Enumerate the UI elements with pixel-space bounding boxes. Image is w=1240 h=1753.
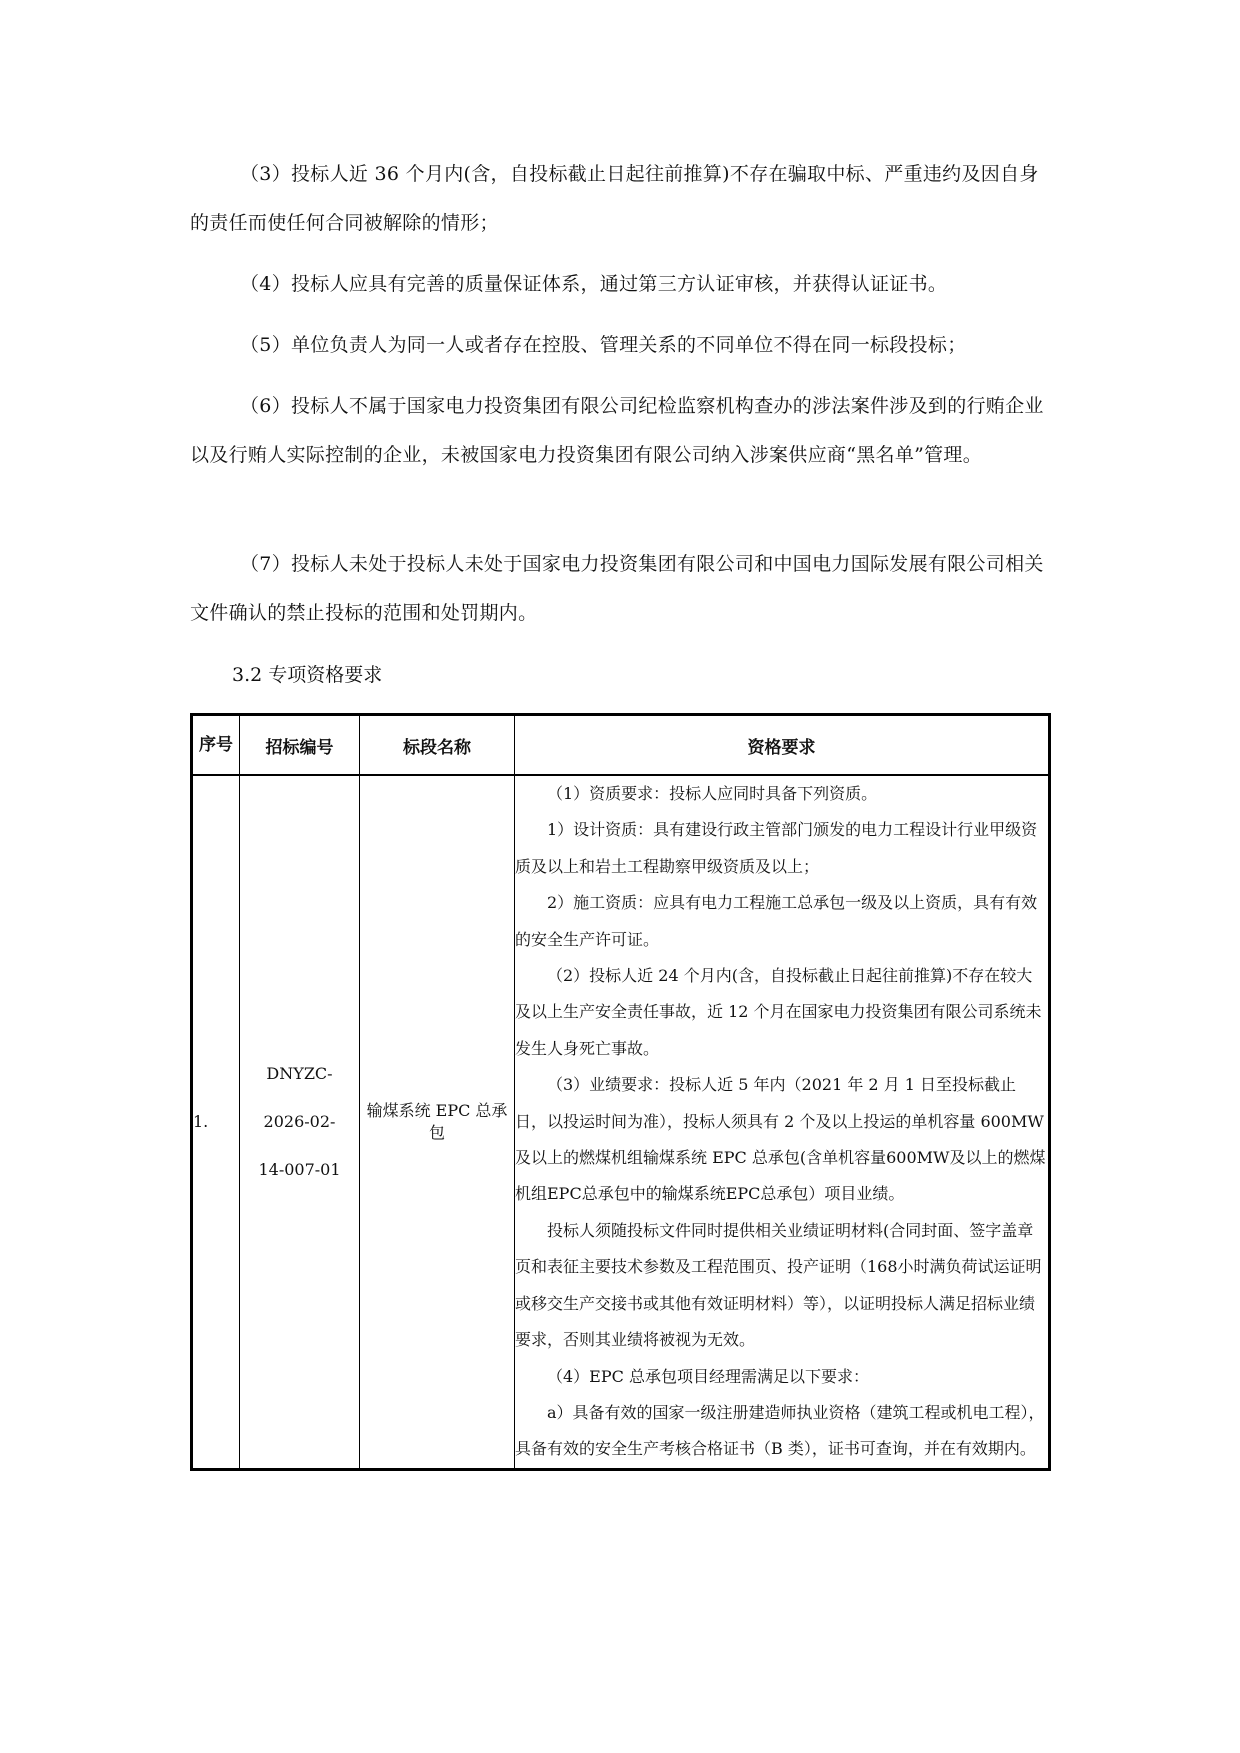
row-seq: 1. [192, 775, 240, 1469]
paragraph-3: （3）投标人近 36 个月内(含，自投标截止日起往前推算)不存在骗取中标、严重违… [190, 150, 1053, 248]
paragraph-6: （6）投标人不属于国家电力投资集团有限公司纪检监察机构查办的涉法案件涉及到的行贿… [190, 382, 1053, 480]
code-line: DNYZC- [240, 1050, 359, 1098]
requirement-item: （3）业绩要求：投标人近 5 年内（2021 年 2 月 1 日至投标截止日，以… [515, 1067, 1048, 1213]
table-header-row: 序号 招标编号 标段名称 资格要求 [192, 715, 1050, 776]
row-code: DNYZC- 2026-02- 14-007-01 [240, 775, 360, 1469]
paragraph-7: （7）投标人未处于投标人未处于国家电力投资集团有限公司和中国电力国际发展有限公司… [190, 540, 1053, 638]
paragraph-5: （5）单位负责人为同一人或者存在控股、管理关系的不同单位不得在同一标段投标； [190, 321, 1053, 370]
header-code: 招标编号 [240, 715, 360, 776]
section-heading: 3.2 专项资格要求 [232, 660, 382, 690]
qualification-table: 序号 招标编号 标段名称 资格要求 1. DNYZC- 2026-02- 14-… [190, 713, 1051, 1471]
header-requirements: 资格要求 [515, 715, 1050, 776]
header-name: 标段名称 [360, 715, 515, 776]
requirement-item: （4）EPC 总承包项目经理需满足以下要求： [515, 1359, 1048, 1395]
requirement-item: （1）资质要求：投标人应同时具备下列资质。 [515, 776, 1048, 812]
paragraph-4: （4）投标人应具有完善的质量保证体系，通过第三方认证审核，并获得认证证书。 [190, 260, 1053, 309]
row-requirements: （1）资质要求：投标人应同时具备下列资质。 1）设计资质：具有建设行政主管部门颁… [515, 775, 1050, 1469]
requirement-item: （2）投标人近 24 个月内(含，自投标截止日起往前推算)不存在较大及以上生产安… [515, 958, 1048, 1067]
code-line: 2026-02- [240, 1098, 359, 1146]
requirement-item: 投标人须随投标文件同时提供相关业绩证明材料(合同封面、签字盖章页和表征主要技术参… [515, 1213, 1048, 1359]
row-name: 输煤系统 EPC 总承包 [360, 775, 515, 1469]
code-line: 14-007-01 [240, 1146, 359, 1194]
requirement-item: a）具备有效的国家一级注册建造师执业资格（建筑工程或机电工程），具备有效的安全生… [515, 1395, 1048, 1468]
table-row: 1. DNYZC- 2026-02- 14-007-01 输煤系统 EPC 总承… [192, 775, 1050, 1469]
header-seq: 序号 [192, 715, 240, 776]
requirement-item: 1）设计资质：具有建设行政主管部门颁发的电力工程设计行业甲级资质及以上和岩土工程… [515, 812, 1048, 885]
requirement-item: 2）施工资质：应具有电力工程施工总承包一级及以上资质，具有有效的安全生产许可证。 [515, 885, 1048, 958]
